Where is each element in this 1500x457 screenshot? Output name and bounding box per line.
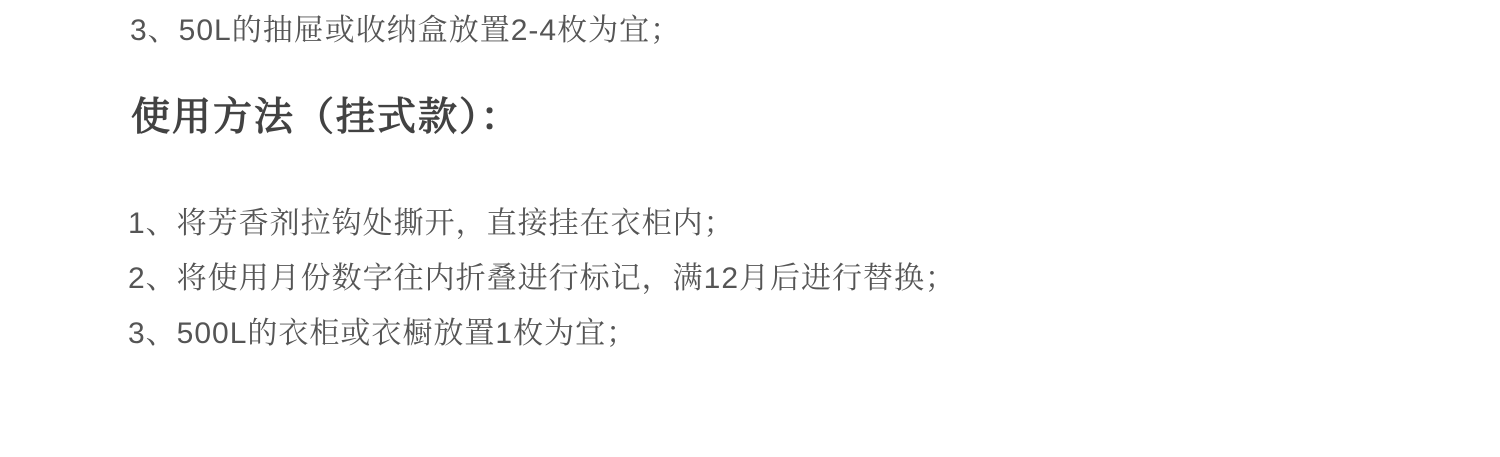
previous-section-step-item: 3、50L的抽屉或收纳盒放置2-4枚为宜； [130,10,681,52]
usage-step-item: 2、将使用月份数字往内折叠进行标记，满12月后进行替换； [128,251,956,306]
product-description-section: 3、50L的抽屉或收纳盒放置2-4枚为宜； 使用方法（挂式款）： 1、将芳香剂拉… [0,0,1500,457]
usage-method-heading: 使用方法（挂式款）： [131,94,522,142]
usage-step-item: 3、500L的衣柜或衣橱放置1枚为宜； [128,306,956,361]
usage-steps-list: 1、将芳香剂拉钩处撕开，直接挂在衣柜内； 2、将使用月份数字往内折叠进行标记，满… [128,196,956,361]
usage-step-item: 1、将芳香剂拉钩处撕开，直接挂在衣柜内； [128,196,956,251]
